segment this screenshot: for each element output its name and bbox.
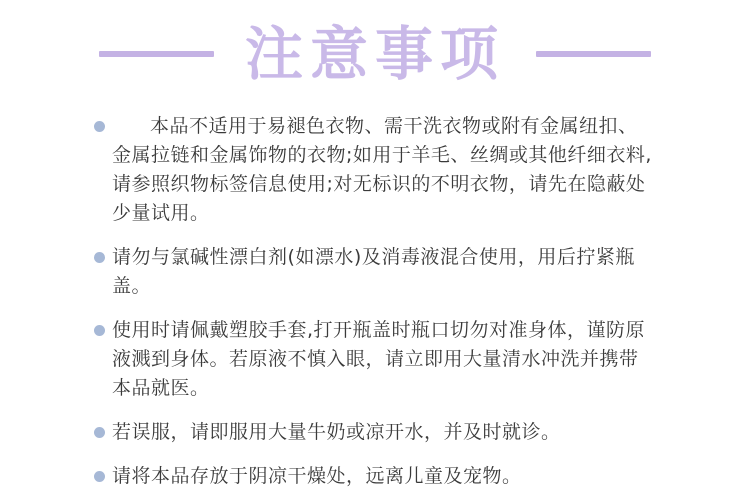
precautions-page: 注意事项 本品不适用于易褪色衣物、需干洗衣物或附有金属纽扣、 金属拉链和金属饰物… xyxy=(0,0,750,501)
note-text: 若误服，请即服用大量牛奶或凉开水，并及时就诊。 xyxy=(112,418,668,447)
note-text: 使用时请佩戴塑胶手套,打开瓶盖时瓶口切勿对准身体，谨防原 液溅到身体。若原液不慎… xyxy=(112,316,668,403)
note-text: 请将本品存放于阴凉干燥处，远离儿童及宠物。 xyxy=(112,462,668,491)
notes-list: 本品不适用于易褪色衣物、需干洗衣物或附有金属纽扣、 金属拉链和金属饰物的衣物;如… xyxy=(93,112,668,491)
note-item: 本品不适用于易褪色衣物、需干洗衣物或附有金属纽扣、 金属拉链和金属饰物的衣物;如… xyxy=(93,112,668,228)
title-dash-left-icon xyxy=(99,51,214,57)
section-header: 注意事项 xyxy=(0,0,750,88)
note-item: 请勿与氯碱性漂白剂(如漂水)及消毒液混合使用，用后拧紧瓶盖。 xyxy=(93,243,668,301)
bullet-dot-icon xyxy=(94,325,105,336)
bullet-dot-icon xyxy=(94,121,105,132)
bullet-dot-icon xyxy=(94,252,105,263)
note-item: 请将本品存放于阴凉干燥处，远离儿童及宠物。 xyxy=(93,462,668,491)
title-dash-right-icon xyxy=(536,51,651,57)
note-text: 本品不适用于易褪色衣物、需干洗衣物或附有金属纽扣、 金属拉链和金属饰物的衣物;如… xyxy=(112,112,668,228)
note-item: 若误服，请即服用大量牛奶或凉开水，并及时就诊。 xyxy=(93,418,668,447)
bullet-dot-icon xyxy=(94,427,105,438)
bullet-dot-icon xyxy=(94,471,105,482)
note-item: 使用时请佩戴塑胶手套,打开瓶盖时瓶口切勿对准身体，谨防原 液溅到身体。若原液不慎… xyxy=(93,316,668,403)
page-title: 注意事项 xyxy=(245,20,505,88)
note-text: 请勿与氯碱性漂白剂(如漂水)及消毒液混合使用，用后拧紧瓶盖。 xyxy=(112,243,668,301)
